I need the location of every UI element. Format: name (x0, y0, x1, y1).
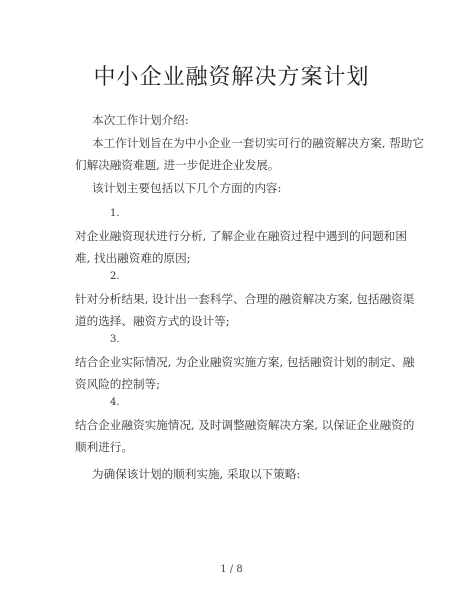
list-item-4-number: 4. (110, 397, 120, 408)
list-item-3-line-2: 资风险的控制等; (75, 376, 160, 392)
list-item-1-line-2: 难, 找出融资难的原因; (75, 250, 191, 266)
page-indicator: 1 / 8 (0, 564, 463, 575)
list-item-3-line-1: 结合企业实际情况, 为企业融资实施方案, 包括融资计划的制定、融 (75, 354, 414, 370)
list-item-4-line-1: 结合企业融资实施情况, 及时调整融资解决方案, 以保证企业融资的 (75, 417, 414, 433)
intro-paragraph-line-1: 本工作计划旨在为中小企业一套切实可行的融资解决方案, 帮助它 (92, 135, 424, 151)
list-item-1-number: 1. (110, 208, 120, 219)
list-item-2-line-1: 针对分析结果, 设计出一套科学、合理的融资解决方案, 包括融资渠 (75, 291, 414, 307)
list-item-2-number: 2. (110, 271, 120, 282)
document-title: 中小企业融资解决方案计划 (0, 60, 463, 91)
document-page: 中小企业融资解决方案计划 本次工作计划介绍: 本工作计划旨在为中小企业一套切实可… (0, 0, 463, 600)
intro-paragraph-line-2: 们解决融资难题, 进一步促进企业发展。 (75, 157, 279, 173)
strategy-lead: 为确保该计划的顺利实施, 采取以下策略: (92, 466, 300, 482)
list-item-2-line-2: 道的选择、融资方式的设计等; (75, 313, 230, 329)
list-item-1-line-1: 对企业融资现状进行分析, 了解企业在融资过程中遇到的问题和困 (75, 228, 407, 244)
list-item-4-line-2: 顺利进行。 (75, 439, 133, 455)
list-item-3-number: 3. (110, 334, 120, 345)
intro-heading: 本次工作计划介绍: (92, 112, 189, 128)
scope-lead: 该计划主要包括以下几个方面的内容: (92, 180, 281, 196)
